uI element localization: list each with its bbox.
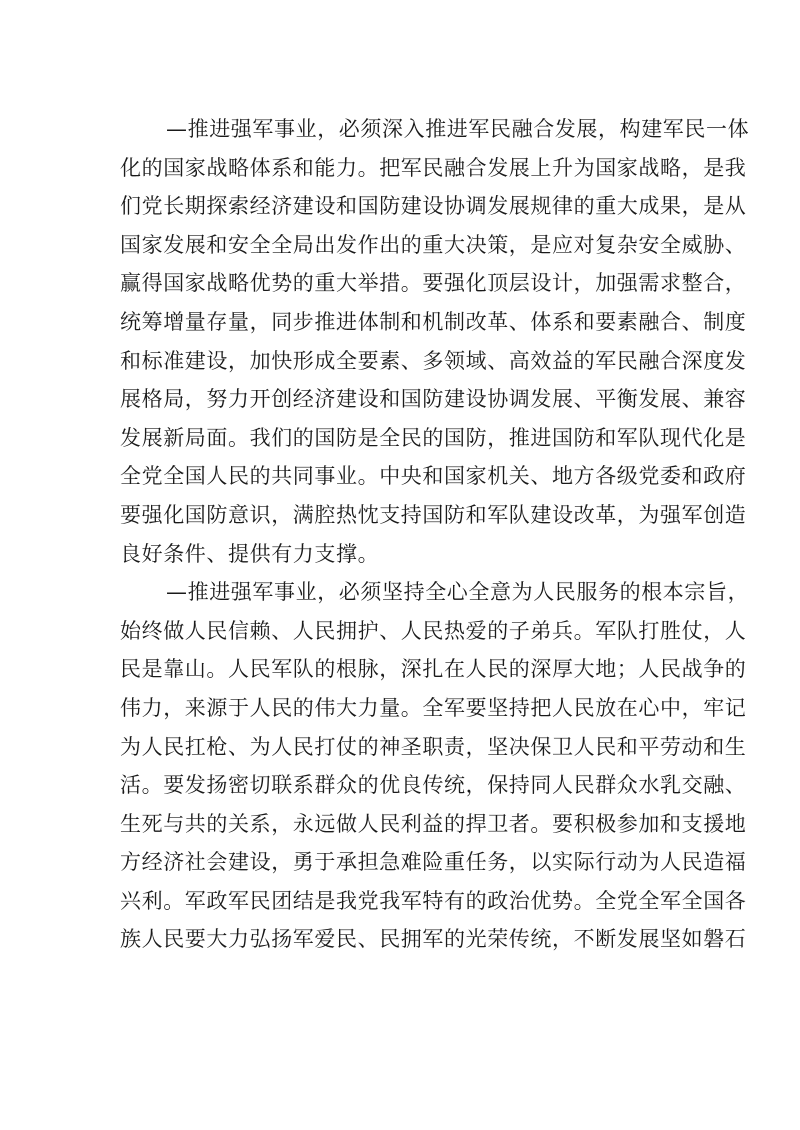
text-line: —推进强军事业，必须坚持全心全意为人民服务的根本宗旨， — [120, 573, 696, 612]
paragraph-military-civilian-integration: —推进强军事业，必须深入推进军民融合发展，构建军民一体 化的国家战略体系和能力。… — [120, 110, 696, 573]
text-line: 始终做人民信赖、人民拥护、人民热爱的子弟兵。军队打胜仗，人 — [120, 612, 696, 651]
text-line: 展格局，努力开创经济建设和国防建设协调发展、平衡发展、兼容 — [120, 380, 696, 419]
text-line: 兴利。军政军民团结是我党我军特有的政治优势。全党全军全国各 — [120, 882, 696, 921]
paragraph-serve-the-people: —推进强军事业，必须坚持全心全意为人民服务的根本宗旨， 始终做人民信赖、人民拥护… — [120, 573, 696, 959]
text-line: 化的国家战略体系和能力。把军民融合发展上升为国家战略，是我 — [120, 149, 696, 188]
text-line: 民是靠山。人民军队的根脉，深扎在人民的深厚大地；人民战争的 — [120, 650, 696, 689]
text-line: 伟力，来源于人民的伟大力量。全军要坚持把人民放在心中，牢记 — [120, 689, 696, 728]
text-line: 和标准建设，加快形成全要素、多领域、高效益的军民融合深度发 — [120, 342, 696, 381]
text-line: 国家发展和安全全局出发作出的重大决策，是应对复杂安全威胁、 — [120, 226, 696, 265]
text-line: 族人民要大力弘扬军爱民、民拥军的光荣传统，不断发展坚如磐石 — [120, 920, 696, 959]
text-line: 赢得国家战略优势的重大举措。要强化顶层设计，加强需求整合， — [120, 264, 696, 303]
text-line: 方经济社会建设，勇于承担急难险重任务，以实际行动为人民造福 — [120, 843, 696, 882]
text-line: 要强化国防意识，满腔热忱支持国防和军队建设改革，为强军创造 — [120, 496, 696, 535]
text-line: 为人民扛枪、为人民打仗的神圣职责，坚决保卫人民和平劳动和生 — [120, 728, 696, 767]
document-page: —推进强军事业，必须深入推进军民融合发展，构建军民一体 化的国家战略体系和能力。… — [120, 110, 696, 959]
text-line: 活。要发扬密切联系群众的优良传统，保持同人民群众水乳交融、 — [120, 766, 696, 805]
text-line: 全党全国人民的共同事业。中央和国家机关、地方各级党委和政府 — [120, 457, 696, 496]
text-line: —推进强军事业，必须深入推进军民融合发展，构建军民一体 — [120, 110, 696, 149]
text-line: 良好条件、提供有力支撑。 — [120, 535, 696, 574]
text-line: 生死与共的关系，永远做人民利益的捍卫者。要积极参加和支援地 — [120, 805, 696, 844]
text-line: 发展新局面。我们的国防是全民的国防，推进国防和军队现代化是 — [120, 419, 696, 458]
text-line: 们党长期探索经济建设和国防建设协调发展规律的重大成果，是从 — [120, 187, 696, 226]
text-line: 统筹增量存量，同步推进体制和机制改革、体系和要素融合、制度 — [120, 303, 696, 342]
